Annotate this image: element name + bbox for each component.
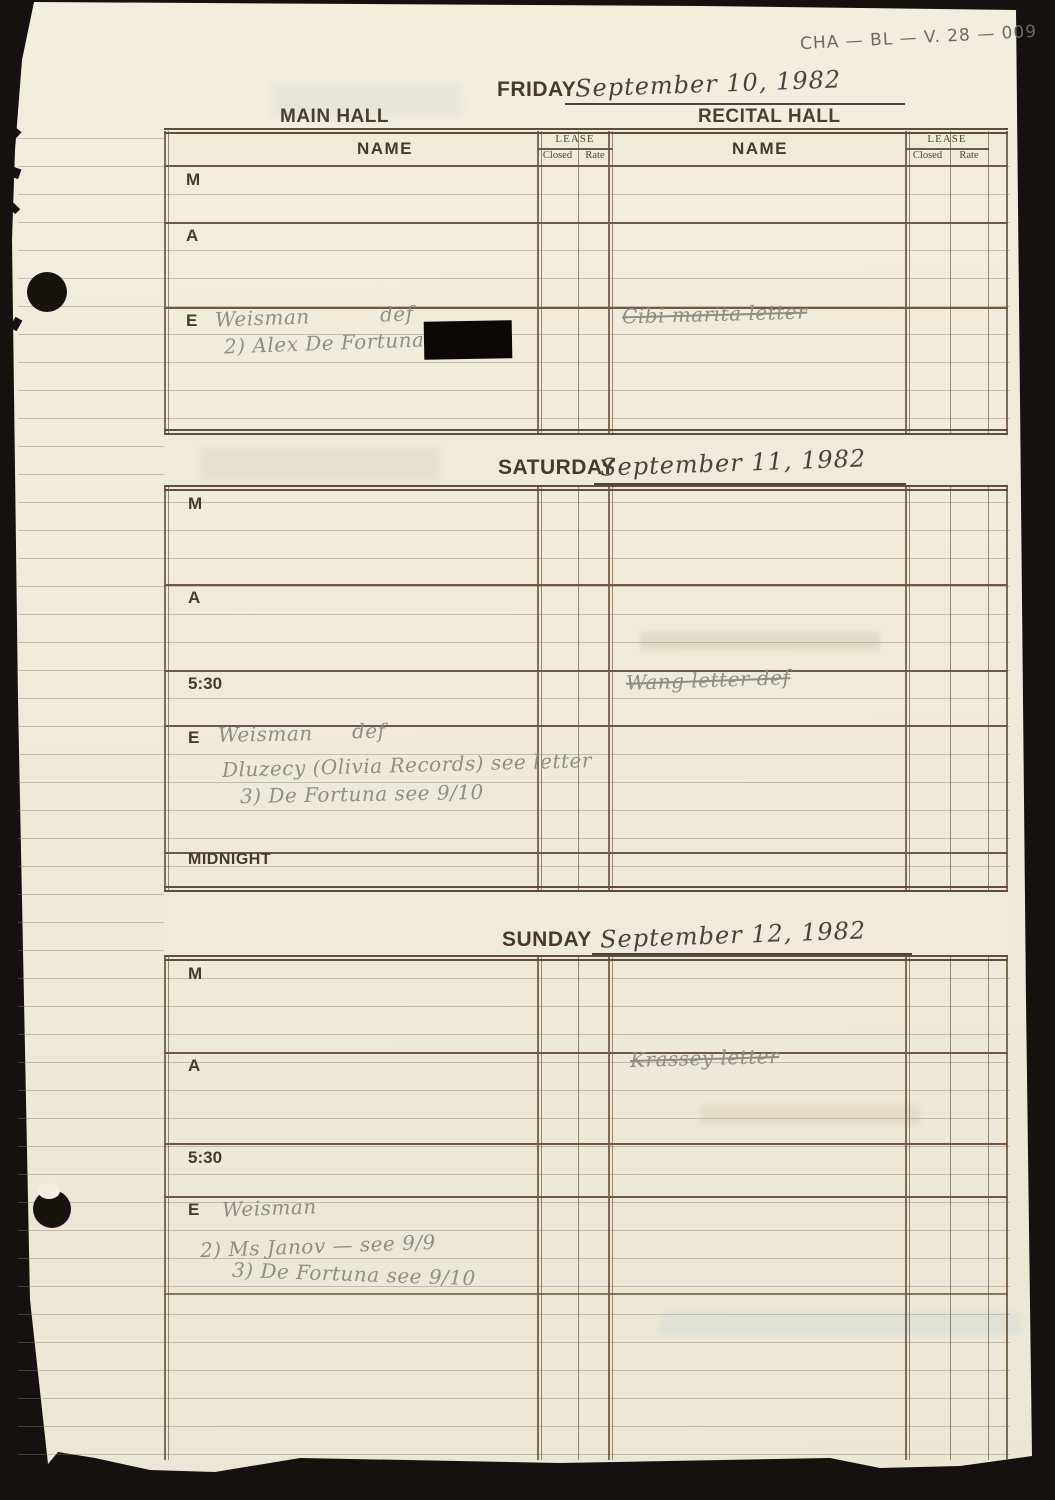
punch-hole	[27, 272, 67, 312]
grid-vline	[578, 131, 579, 433]
paper-chip	[38, 1183, 60, 1199]
grid-vline	[608, 957, 610, 1460]
grid-vline	[905, 487, 907, 890]
grid-vline	[905, 131, 907, 433]
grid-vline	[537, 487, 539, 890]
grid-hline	[164, 222, 1008, 224]
grid-hline	[164, 1052, 1008, 1054]
saturday-main-entry-line3: 3) De Fortuna see 9/10	[240, 780, 484, 808]
friday-main-entry-name: Weisman	[215, 304, 310, 331]
saturday-row-e: E	[188, 728, 199, 748]
grid-vline	[988, 957, 989, 1460]
rate-subheader-recital: Rate	[950, 150, 988, 161]
grid-vline	[578, 487, 579, 890]
saturday-row-530: 5:30	[188, 674, 222, 694]
rate-subheader-main: Rate	[578, 150, 612, 161]
grid-hline	[164, 429, 1008, 435]
grid-vline	[608, 131, 610, 433]
grid-vline	[909, 487, 910, 890]
grid-hline	[164, 485, 1008, 491]
scanned-ledger-page: CHA — BL — V. 28 — 009 FRIDAY September …	[0, 0, 1055, 1500]
grid-vline	[164, 487, 166, 890]
grid-vline	[608, 487, 610, 890]
grid-hline	[164, 670, 1008, 672]
grid-vline	[541, 131, 542, 433]
main-name-column-header: NAME	[270, 139, 500, 159]
grid-vline	[988, 487, 989, 890]
bleed-through-ghost	[200, 447, 440, 481]
grid-vline	[537, 131, 539, 433]
saturday-row-m: M	[188, 494, 202, 514]
bleed-through-ghost	[640, 632, 880, 650]
sunday-row-m: M	[188, 964, 202, 984]
grid-vline	[168, 957, 169, 1460]
grid-vline	[950, 487, 951, 890]
bleed-through-ghost	[700, 1105, 920, 1125]
sunday-row-530: 5:30	[188, 1148, 222, 1168]
grid-hline	[164, 165, 1008, 167]
date-underline	[565, 103, 905, 105]
recital-name-column-header: NAME	[650, 139, 870, 159]
sunday-main-entry-name: Weisman	[222, 1194, 317, 1221]
saturday-row-a: A	[188, 588, 200, 608]
main-hall-label: MAIN HALL	[280, 106, 389, 128]
grid-hline	[164, 852, 1008, 854]
grid-vline	[612, 487, 613, 890]
grid-vline	[1006, 131, 1008, 433]
grid-vline	[1006, 487, 1008, 890]
grid-hline	[164, 955, 1008, 961]
lease-header-main: LEASE	[537, 133, 613, 145]
saturday-main-entry-name: Weisman	[218, 721, 313, 747]
grid-hline	[164, 1143, 1008, 1145]
grid-vline	[537, 957, 539, 1460]
bleed-through-ghost	[660, 1312, 1020, 1334]
friday-main-entry-def: def	[380, 301, 414, 326]
grid-vline	[168, 131, 169, 433]
grid-vline	[905, 957, 907, 1460]
closed-subheader-main: Closed	[537, 150, 578, 161]
grid-vline	[612, 131, 613, 433]
saturday-row-midnight: MIDNIGHT	[188, 851, 271, 869]
ruled-lines	[18, 138, 1010, 1460]
grid-vline	[909, 131, 910, 433]
sunday-row-e: E	[188, 1200, 199, 1220]
closed-subheader-recital: Closed	[905, 150, 950, 161]
grid-vline	[950, 957, 951, 1460]
lease-header-recital: LEASE	[905, 133, 989, 145]
grid-vline	[988, 131, 989, 433]
sunday-day-label: SUNDAY	[502, 928, 592, 952]
friday-recital-entry: Cibi marita letter	[622, 300, 808, 329]
grid-hline	[164, 886, 1008, 892]
grid-vline	[1006, 957, 1008, 1460]
grid-hline	[164, 1293, 1008, 1295]
recital-hall-label: RECITAL HALL	[698, 106, 841, 128]
saturday-day-label: SATURDAY	[498, 456, 615, 480]
saturday-main-entry-def: def	[352, 719, 386, 744]
grid-vline	[541, 957, 542, 1460]
grid-hline	[164, 584, 1008, 586]
grid-vline	[164, 131, 166, 433]
friday-row-m: M	[186, 170, 200, 190]
grid-vline	[950, 131, 951, 433]
sunday-row-a: A	[188, 1056, 200, 1076]
date-underline	[592, 953, 912, 955]
redaction-box	[424, 320, 513, 360]
grid-vline	[578, 957, 579, 1460]
grid-vline	[612, 957, 613, 1460]
grid-vline	[909, 957, 910, 1460]
sunday-recital-a-entry: Krassey letter	[630, 1044, 780, 1072]
grid-vline	[168, 487, 169, 890]
grid-vline	[164, 957, 166, 1460]
date-underline	[594, 483, 906, 485]
friday-day-label: FRIDAY	[497, 78, 576, 102]
friday-row-e: E	[186, 311, 197, 331]
grid-vline	[541, 487, 542, 890]
friday-row-a: A	[186, 226, 198, 246]
